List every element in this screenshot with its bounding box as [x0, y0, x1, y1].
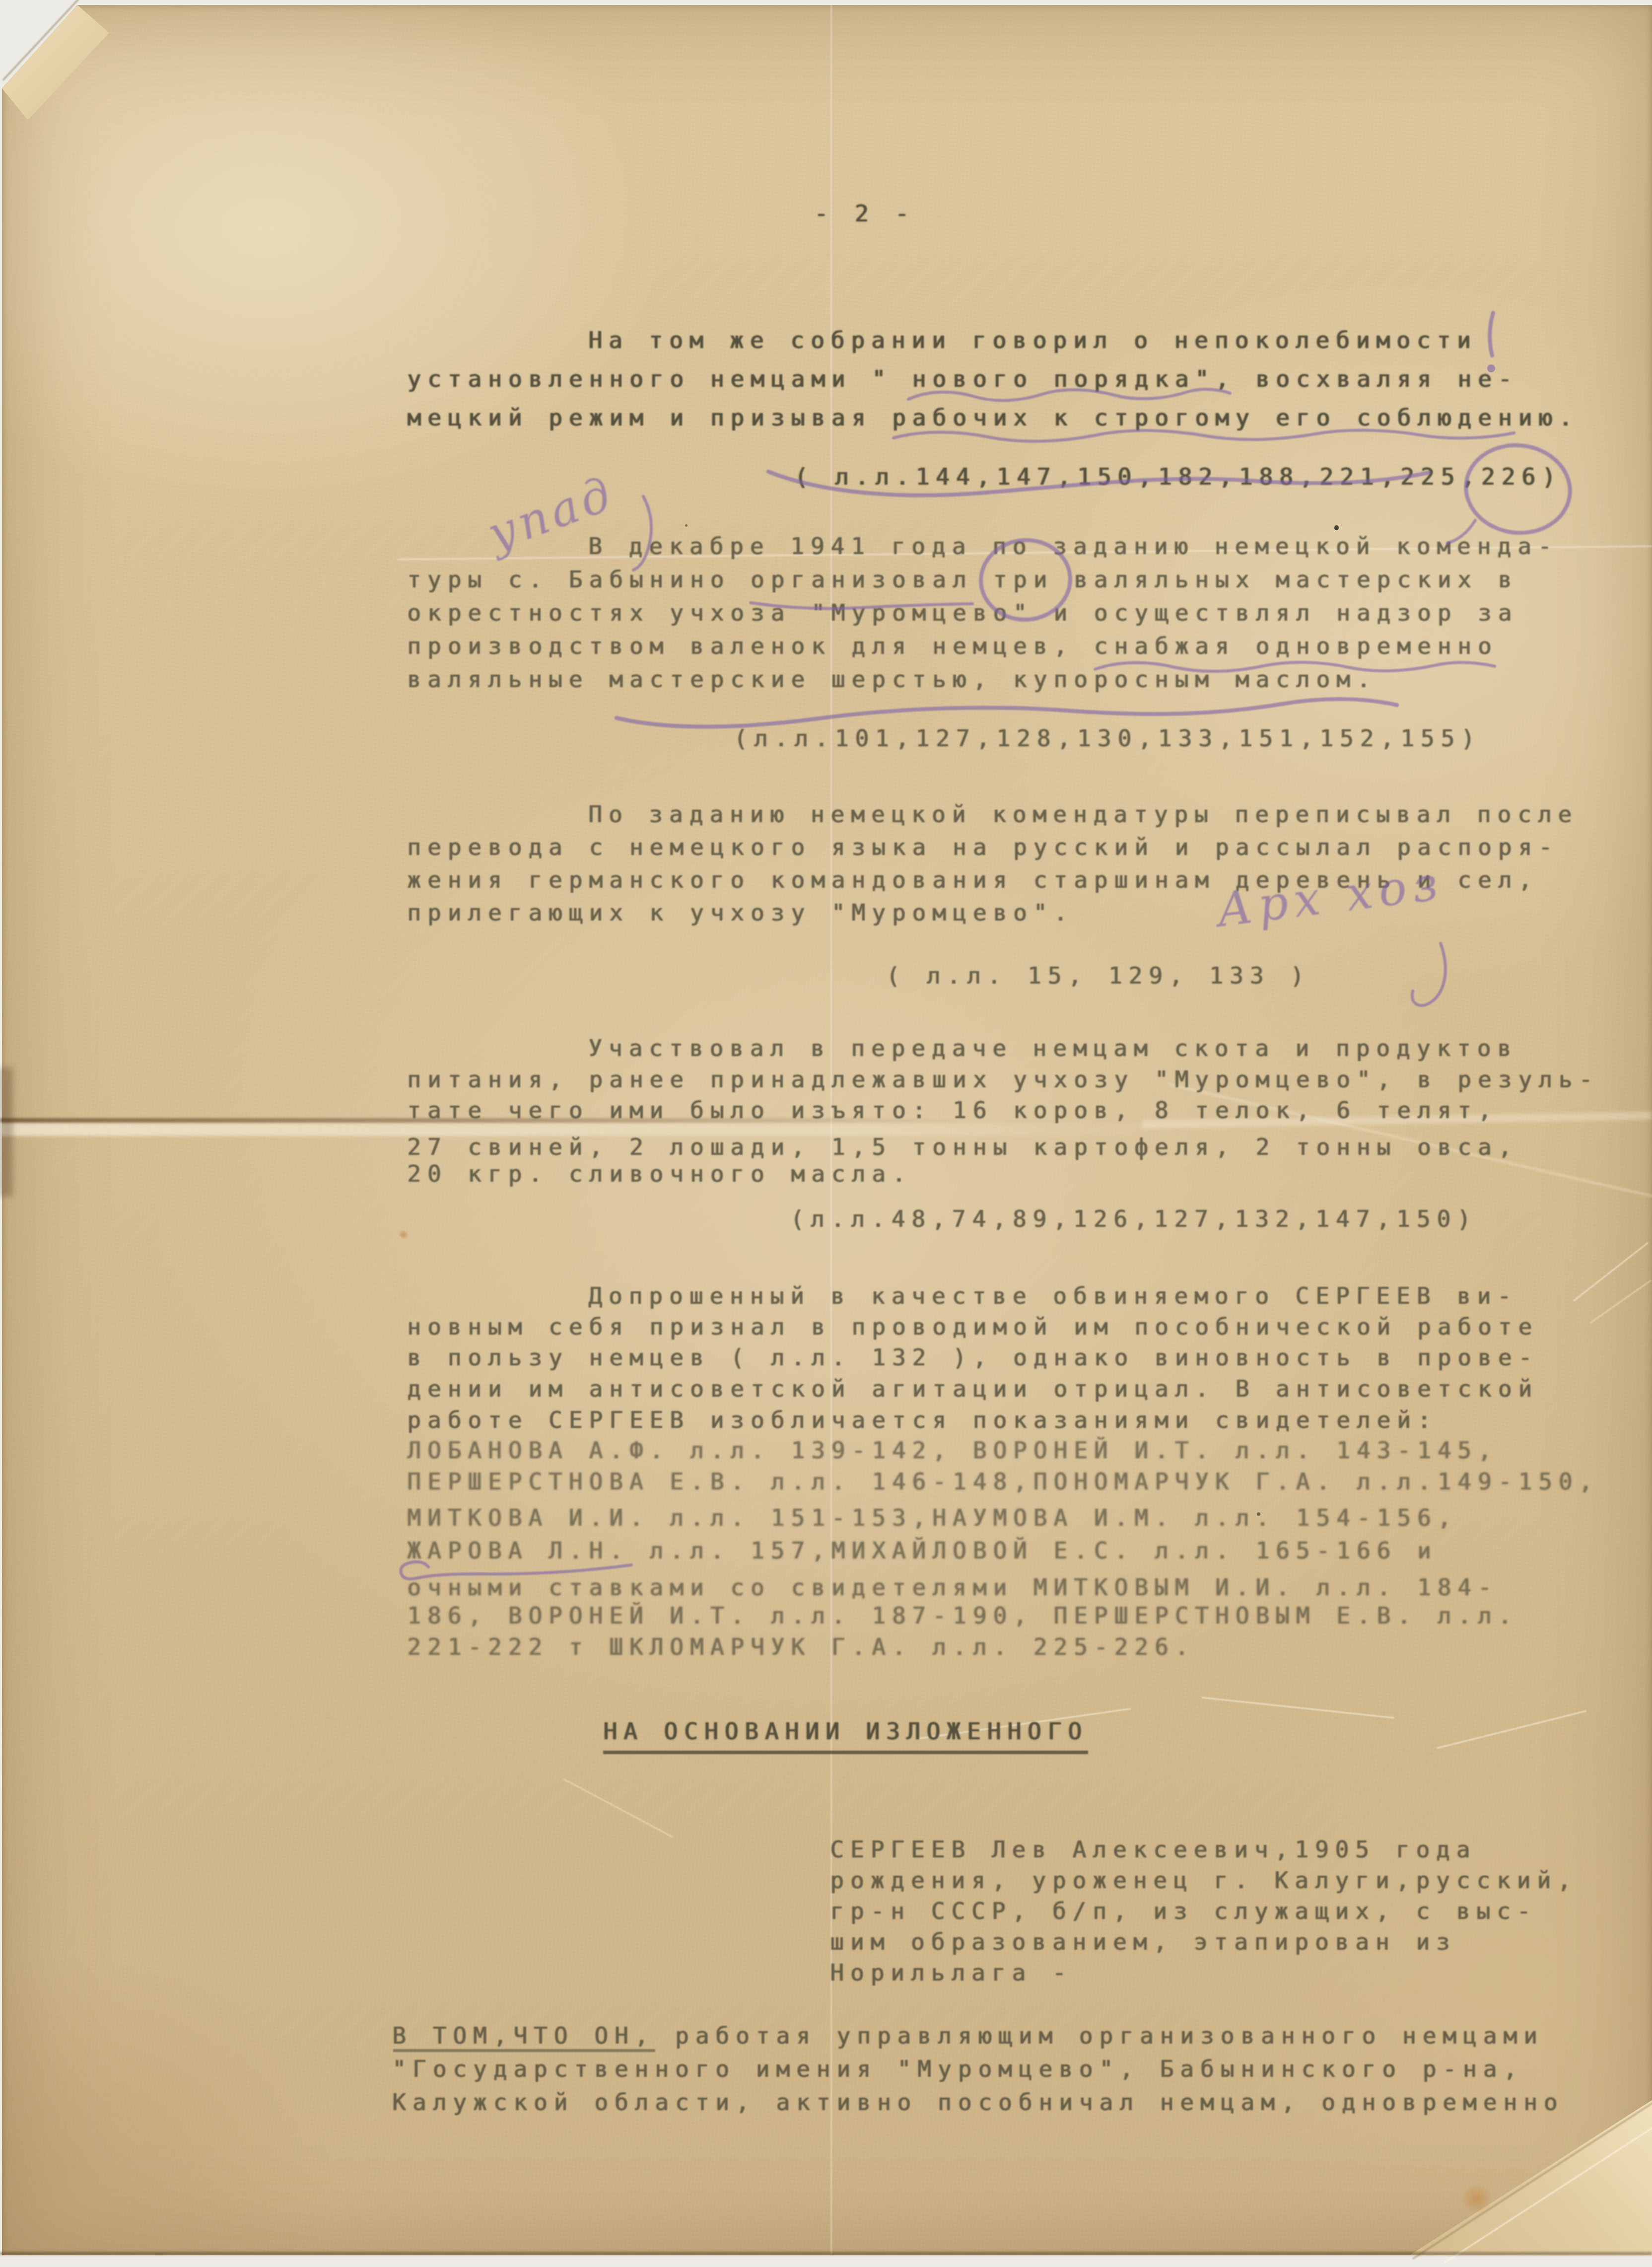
paragraph-2-line: производством валенок для немцев, снабжа… — [407, 633, 1498, 659]
paragraph-1-line: На том же собрании говорил о непоколебим… — [588, 327, 1477, 354]
paragraph-3-line: По заданию немецкой комендатуры переписы… — [588, 801, 1578, 828]
paragraph-2-line: В декабре 1941 года по заданию немецкой … — [588, 533, 1558, 560]
section-heading: НА ОСНОВАНИИ ИЗЛОЖЕННОГО — [603, 1718, 1088, 1754]
paragraph-2-line: валяльные мастерские шерстью, купоросным… — [407, 666, 1377, 693]
paragraph-1-line: установленного немцами " нового порядка"… — [407, 365, 1518, 392]
paragraph-2-line: туры с. Бабынино организовал три валяльн… — [407, 566, 1518, 593]
witness-list-line: МИТКОВА И.И. л.л. 151-153,НАУМОВА И.М. л… — [407, 1504, 1457, 1531]
citation-sheets: ( л.л. 15, 129, 133 ) — [886, 962, 1310, 989]
subject-block-line: Норильлага - — [830, 1959, 1072, 1986]
paragraph-4-line: питания, ранее принадлежавших учхозу "Му… — [407, 1066, 1599, 1093]
paragraph-5-line: новным себя признал в проводимой им посо… — [407, 1313, 1538, 1340]
edge-stain — [0, 1067, 13, 1197]
ink-speck — [685, 524, 688, 527]
ink-speck — [1334, 525, 1339, 530]
witness-list-line: ПЕРШЕРСТНОВА Е.В. л.л. 146-148,ПОНОМАРЧУ… — [407, 1468, 1599, 1495]
paragraph-6-line: Калужской области, активно пособничал не… — [392, 2089, 1564, 2116]
paragraph-4-line: 20 кгр. сливочного масла. — [407, 1160, 912, 1187]
citation-sheets: (л.л.48,74,89,126,127,132,147,150) — [790, 1205, 1477, 1232]
subject-block-line: СЕРГЕЕВ Лев Алексеевич,1905 года — [830, 1836, 1476, 1863]
scanned-document: { "doc": { "page_number": "- 2 -", "p1":… — [0, 0, 1652, 2267]
citation-sheets: (л.л.101,127,128,130,133,151,152,155) — [734, 725, 1481, 752]
paragraph-2-line: окрестностях учхоза "Муромцево" и осущес… — [407, 599, 1518, 626]
witness-list-line: очными ставками со свидетелями МИТКОВЫМ … — [407, 1574, 1498, 1601]
paragraph-5-line: работе СЕРГЕЕВ изобличается показаниями … — [407, 1407, 1437, 1433]
witness-list-line: 221-222 т ШКЛОМАРЧУК Г.А. л.л. 225-226. — [407, 1633, 1195, 1660]
paragraph-4-line: тате чего ими было изъято: 16 коров, 8 т… — [407, 1097, 1498, 1124]
paragraph-1-line: мецкий режим и призывая рабочих к строго… — [407, 404, 1579, 431]
witness-list-line: ЖАРОВА Л.Н. л.л. 157,МИХАЙЛОВОЙ Е.С. л.л… — [407, 1537, 1437, 1564]
subject-block-line: гр-н СССР, б/п, из служащих, с выс- — [830, 1898, 1537, 1924]
paragraph-6-line: "Государственного имения "Муромцево", Ба… — [392, 2055, 1523, 2082]
paragraph-5-line: в пользу немцев ( л.л. 132 ), однако вин… — [407, 1344, 1538, 1371]
paragraph-6-line: В ТОМ,ЧТО ОН, работая управляющим органи… — [392, 2022, 1544, 2049]
citation-sheets: ( л.л.144,147,150,182,188,221,225,226) — [794, 463, 1562, 490]
paragraph-3-line: прилегающих к учхозу "Муромцево". — [407, 899, 1074, 926]
paragraph-5-line: Допрошенный в качестве обвиняемого СЕРГЕ… — [588, 1282, 1517, 1309]
paper-edge-shadow — [0, 2252, 1652, 2255]
subject-block-line: рождения, уроженец г. Калуги,русский, — [830, 1867, 1578, 1894]
paragraph-4-line: 27 свиней, 2 лошади, 1,5 тонны картофеля… — [407, 1133, 1518, 1160]
paragraph-4-line: Участвовал в передаче немцам скота и про… — [588, 1035, 1517, 1062]
page-number: - 2 - — [814, 200, 915, 227]
stain — [1459, 2185, 1494, 2212]
paragraph-3-line: жения германского командования старшинам… — [407, 866, 1538, 893]
witness-list-line: 186, ВОРОНЕЙ И.Т. л.л. 187-190, ПЕРШЕРСТ… — [407, 1602, 1518, 1629]
paragraph-3-line: перевода с немецкого языка на русский и … — [407, 834, 1559, 860]
subject-block-line: шим образованием, этапирован из — [830, 1928, 1456, 1955]
paragraph-5-line: дении им антисоветской агитации отрицал.… — [407, 1375, 1538, 1402]
witness-list-line: ЛОБАНОВА А.Ф. л.л. 139-142, ВОРОНЕЙ И.Т.… — [407, 1437, 1498, 1464]
